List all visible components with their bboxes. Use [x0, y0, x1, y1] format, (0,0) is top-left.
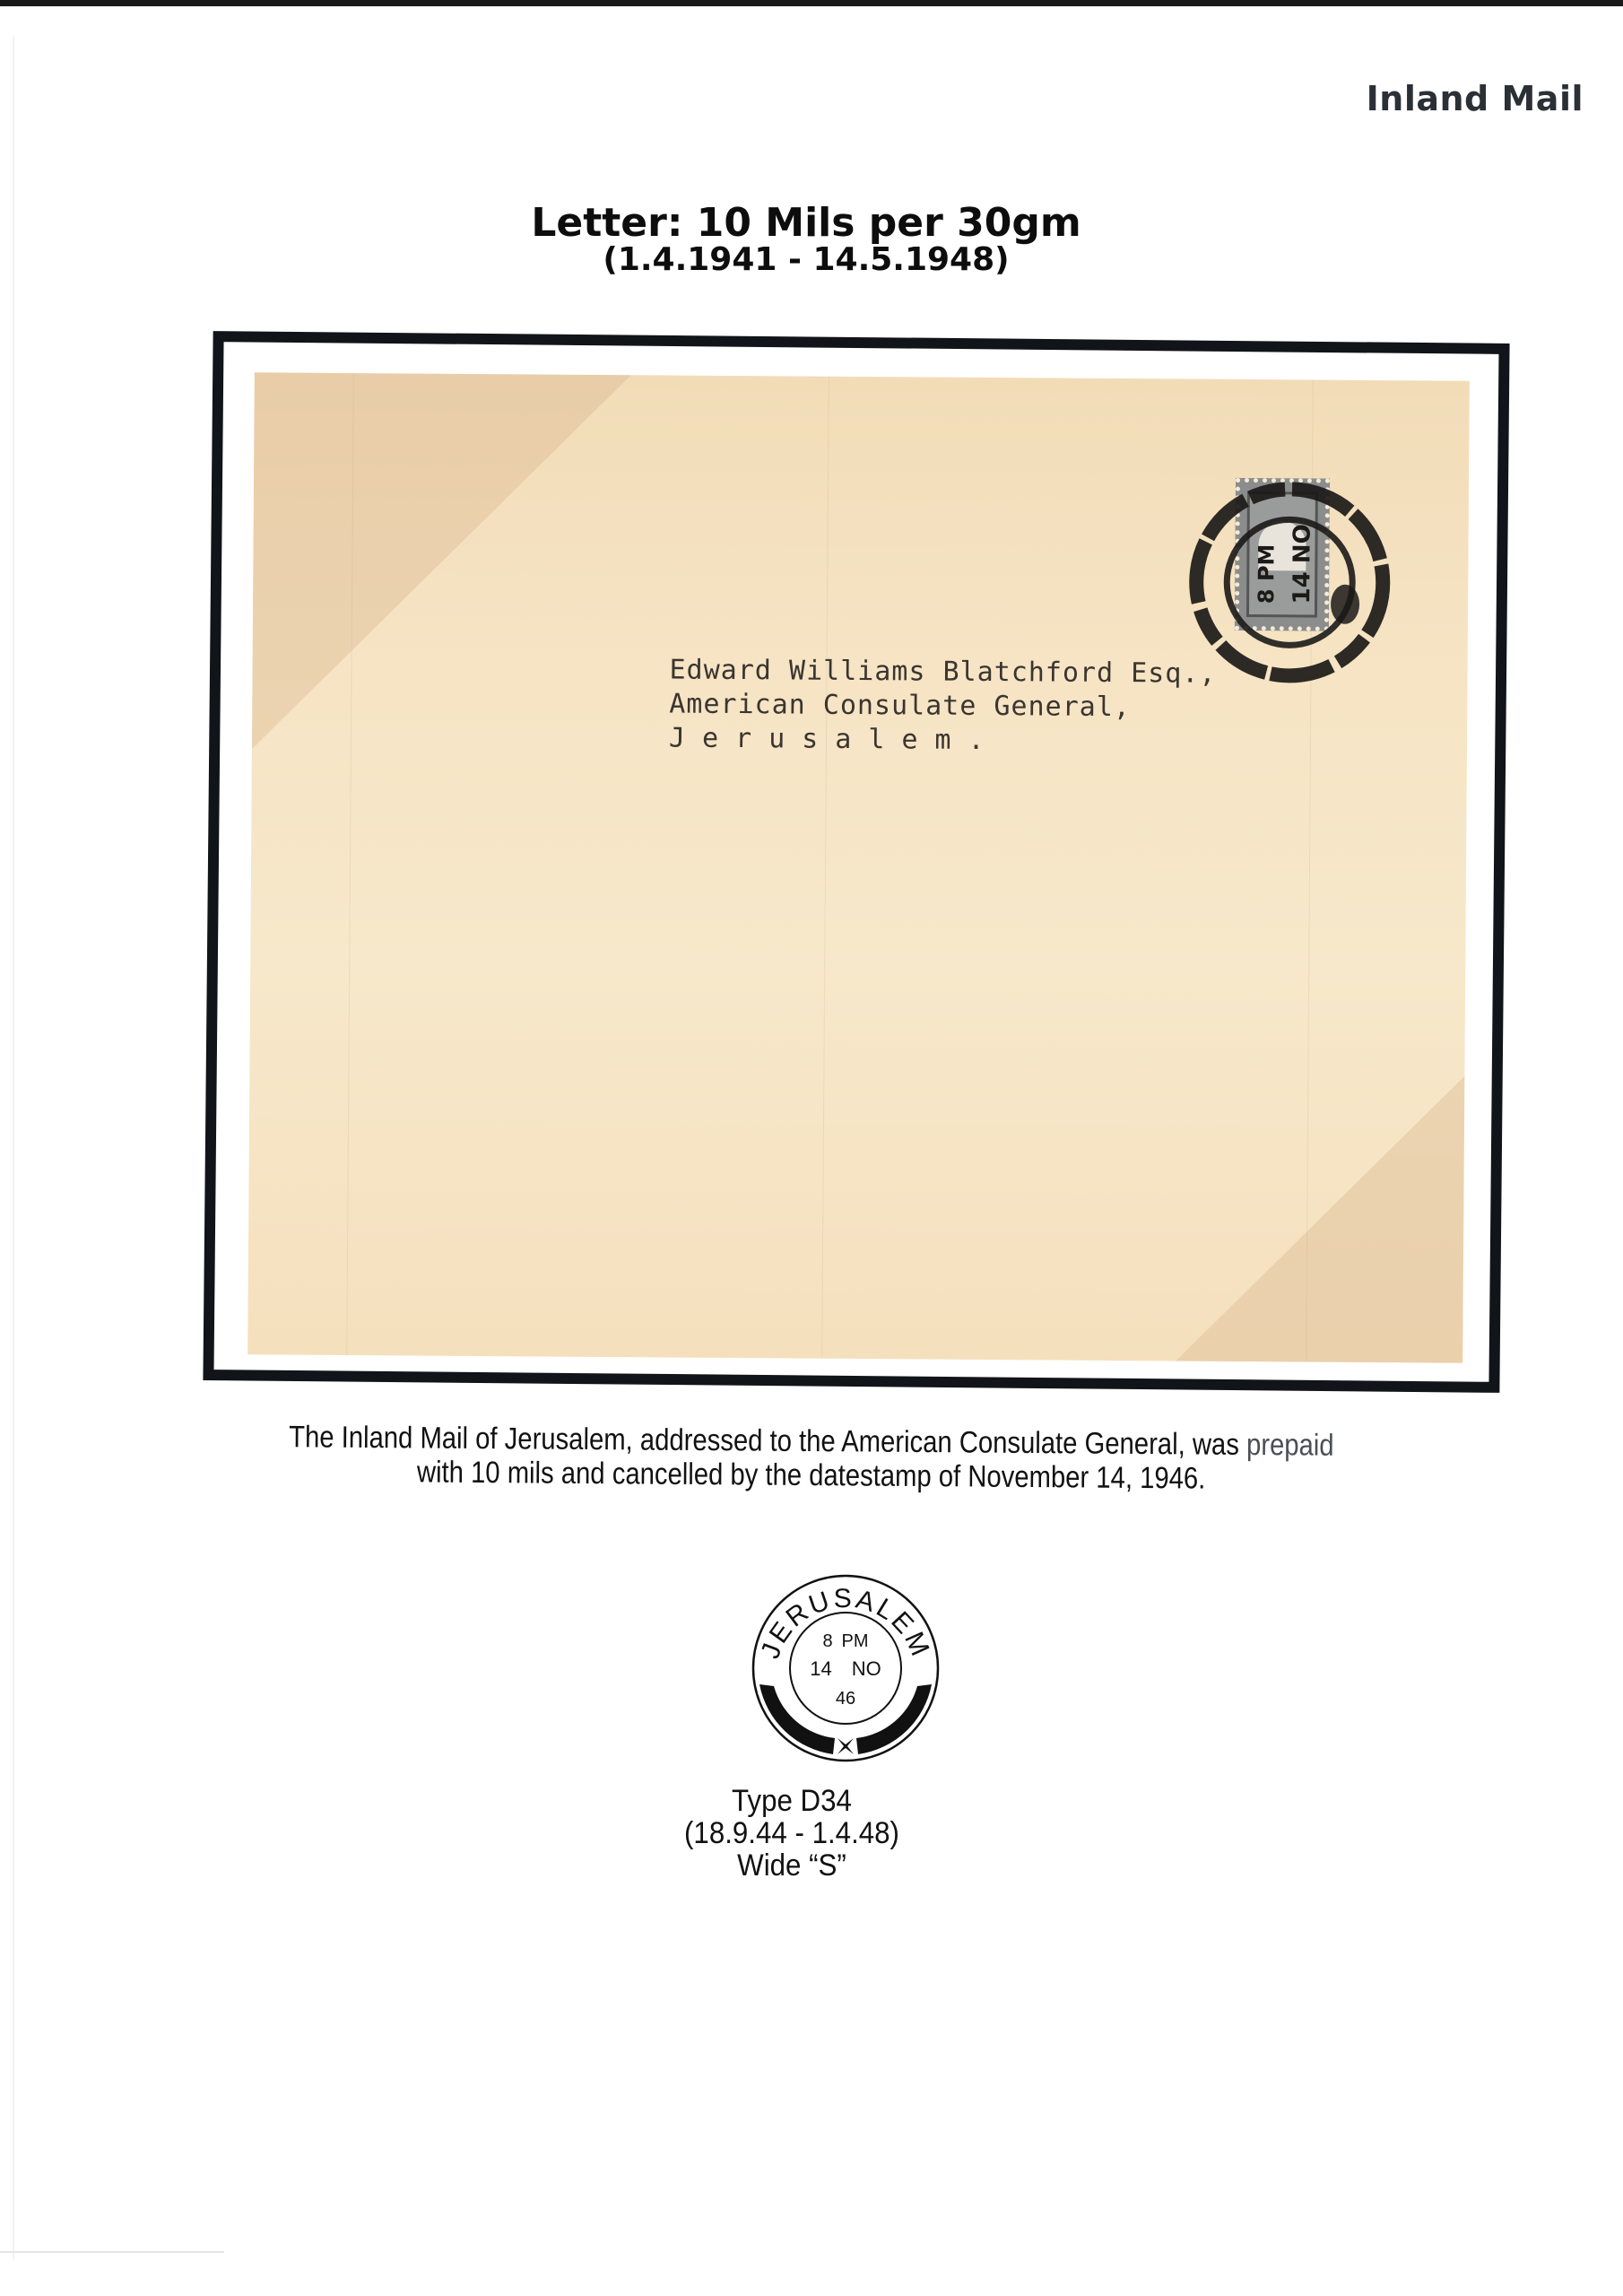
title-block: Letter: 10 Mils per 30gm (1.4.1941 - 14.…: [0, 203, 1623, 276]
svg-text:8 PM: 8 PM: [1254, 544, 1279, 604]
postmark-period: (18.9.44 - 1.4.48): [45, 1817, 1538, 1849]
postmark-type: Type D34: [45, 1785, 1538, 1817]
scan-edge-bottom: [0, 2251, 224, 2253]
address-line-name: Edward Williams Blatchford Esq.,: [669, 654, 1216, 691]
postmark-type-info: Type D34 (18.9.44 - 1.4.48) Wide “S”: [45, 1785, 1538, 1882]
page-subtitle: (1.4.1941 - 14.5.1948): [0, 244, 1618, 276]
datestamp-cancel-icon: 8 PM 14 NO: [1185, 478, 1394, 688]
exhibit-caption: The Inland Mail of Jerusalem, addressed …: [113, 1419, 1509, 1499]
envelope-cover: 8 PM 14 NO Edward Williams Blatchford Es…: [247, 372, 1470, 1362]
postmark-note: Wide “S”: [45, 1849, 1538, 1882]
recipient-address: Edward Williams Blatchford Esq., America…: [669, 654, 1217, 760]
address-line-organization: American Consulate General,: [669, 688, 1216, 726]
scan-edge-left: [13, 36, 14, 2260]
scan-edge-top: [0, 0, 1623, 6]
envelope-flap-shadow-top-left: [252, 372, 631, 752]
caption-text-faded: prepaid: [1246, 1428, 1334, 1463]
postmark-diagram: JERUSALEM 8 PM 14 NO 46: [749, 1571, 942, 1765]
fold-line: [821, 377, 829, 1359]
envelope-flap-shadow-bottom-right: [1176, 1074, 1464, 1362]
svg-text:14 NO: 14 NO: [1289, 524, 1316, 604]
page-title: Letter: 10 Mils per 30gm: [0, 203, 1618, 244]
svg-text:8 PM: 8 PM: [822, 1631, 868, 1651]
svg-text:14 NO: 14 NO: [810, 1657, 881, 1680]
svg-text:46: 46: [836, 1689, 855, 1709]
section-tag: Inland Mail: [1367, 79, 1584, 118]
address-line-city: Jerusalem.: [669, 722, 1216, 760]
